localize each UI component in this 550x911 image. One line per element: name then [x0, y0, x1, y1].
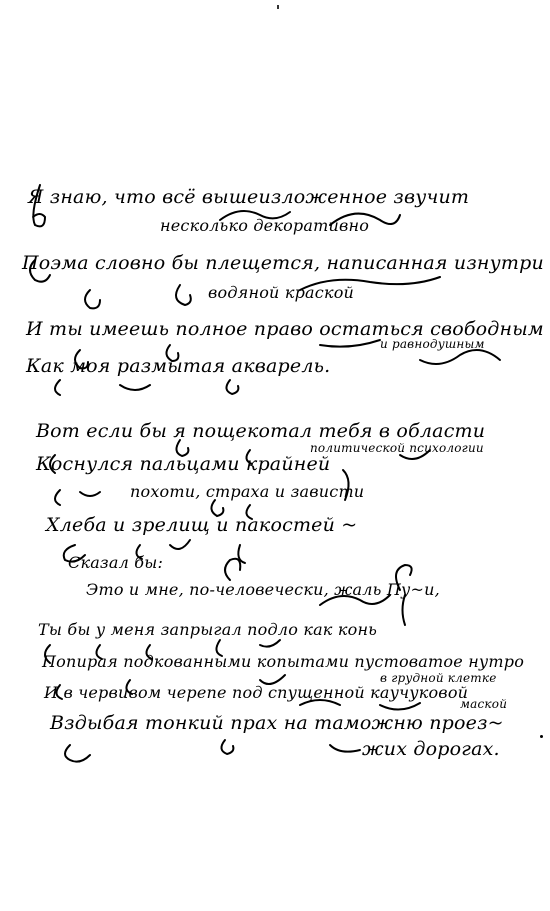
top-mark — [277, 5, 279, 9]
poem-line-9: политической психологии — [310, 441, 484, 455]
poem-line-10: Коснулся пальцами крайней — [36, 453, 330, 475]
poem-line-11: похоти, страха и зависти — [130, 482, 364, 501]
poem-line-20: Вздыбая тонкий прах на таможню проез~ — [50, 712, 504, 734]
poem-line-2: несколько декоративно — [160, 216, 369, 235]
poem-line-3: Поэма словно бы плещется, написанная изн… — [22, 252, 544, 274]
poem-line-8: Вот если бы я пощекотал тебя в области — [36, 420, 485, 442]
ink-dot — [540, 735, 543, 738]
poem-line-15: Ты бы у меня запрыгал подло как конь — [38, 620, 377, 639]
poem-line-21: жих дорогах. — [362, 738, 500, 760]
poem-line-12: Хлеба и зрелищ и пакостей ~ — [46, 514, 357, 536]
poem-line-6: и равнодушным — [380, 337, 485, 351]
handwritten-page: Я знаю, что всё вышеизложенное звучит не… — [0, 0, 550, 911]
poem-line-1: Я знаю, что всё вышеизложенное звучит — [28, 186, 469, 208]
poem-line-7: Как моя размытая акварель. — [26, 355, 330, 377]
poem-line-14: Это и мне, по-человечески, жаль Пу~и, — [86, 580, 440, 599]
poem-line-18: И в червивом черепе под спущенной каучук… — [44, 683, 468, 702]
poem-line-13: Сказал бы: — [68, 553, 163, 572]
poem-line-19: маской — [460, 697, 507, 711]
poem-line-4: водяной краской — [208, 283, 354, 302]
poem-line-16: Попирая подкованными копытами пустоватое… — [42, 652, 524, 671]
